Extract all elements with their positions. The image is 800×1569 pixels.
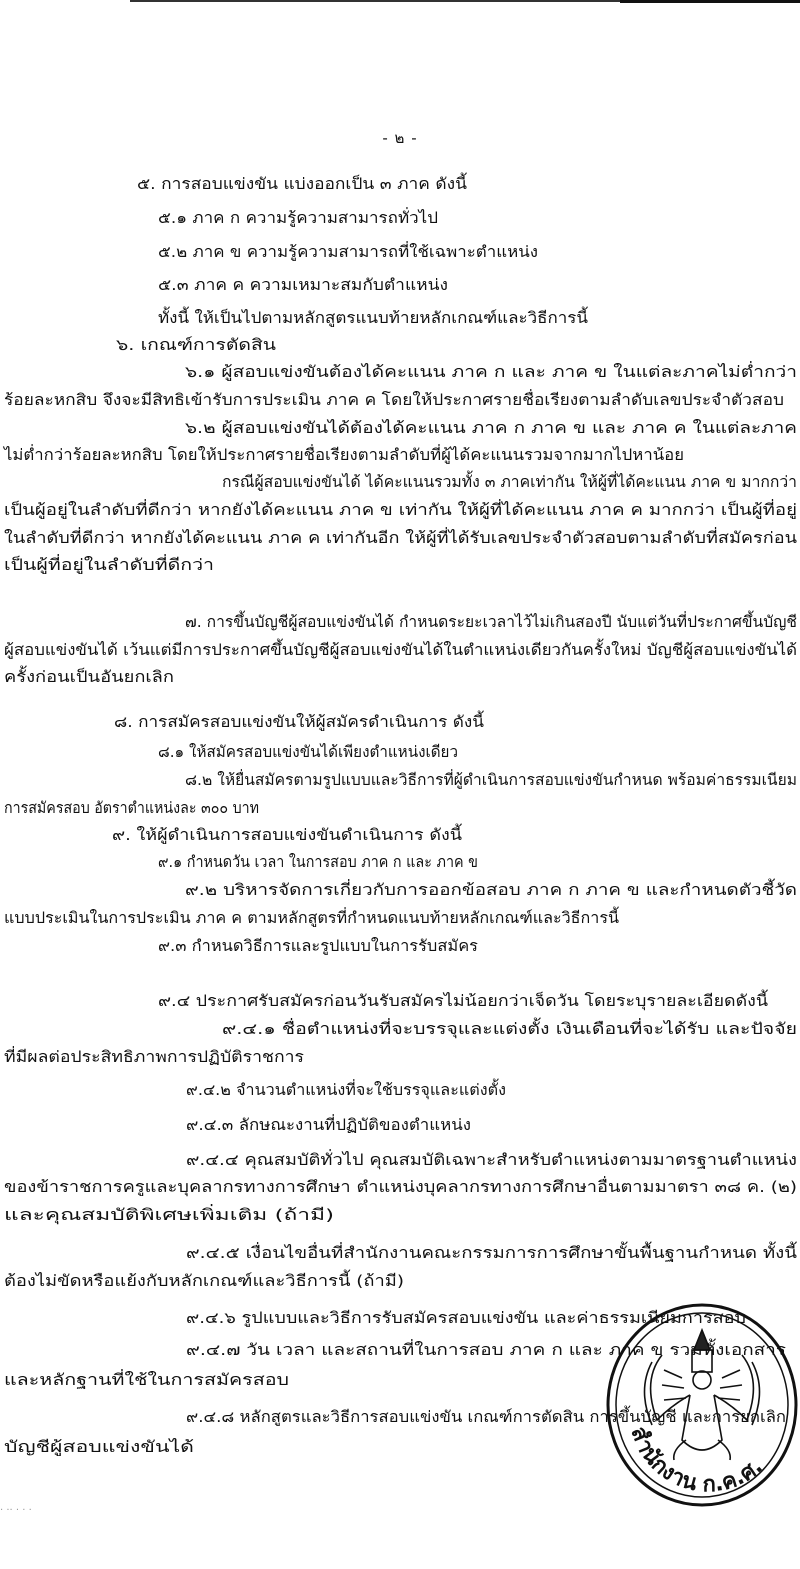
document-line: เป็นผู้อยู่ในลำดับที่ดีกว่า หากยังได้คะแ…	[4, 500, 797, 520]
document-line: แบบประเมินในการประเมิน ภาค ค ตามหลักสูตร…	[4, 908, 619, 928]
document-line: ร้อยละหกสิบ จึงจะมีสิทธิเข้ารับการประเมิ…	[4, 390, 784, 410]
document-line: ๙.๔.๕ เงื่อนไขอื่นที่สำนักงานคณะกรรมการก…	[186, 1243, 797, 1263]
document-line: ๙.๓ กำหนดวิธีการและรูปแบบในการรับสมัคร	[158, 936, 478, 956]
document-line: และหลักฐานที่ใช้ในการสมัครสอบ	[4, 1370, 289, 1390]
document-line: ๖.๑ ผู้สอบแข่งขันต้องได้คะแนน ภาค ก และ …	[185, 362, 797, 382]
document-line: ไม่ต่ำกว่าร้อยละหกสิบ โดยให้ประกาศรายชื่…	[4, 445, 684, 465]
top-border-line-thick	[620, 0, 800, 3]
document-line: ของข้าราชการครูและบุคลากรทางการศึกษา ตำแ…	[4, 1177, 797, 1197]
office-seal-stamp: สำนักงาน ก.ค.ศ.	[602, 1300, 800, 1510]
document-line: การสมัครสอบ อัตราตำแหน่งละ ๓๐๐ บาท	[4, 798, 259, 818]
document-line: ๘.๒ ให้ยื่นสมัครตามรูปแบบและวิธีการที่ผู…	[185, 770, 797, 790]
document-line: ๖.๒ ผู้สอบแข่งขันได้ต้องได้คะแนน ภาค ก ภ…	[185, 418, 797, 438]
document-line: ๗. การขึ้นบัญชีผู้สอบแข่งขันได้ กำหนดระย…	[185, 612, 797, 632]
document-line: ๙. ให้ผู้ดำเนินการสอบแข่งขันดำเนินการ ดั…	[112, 825, 462, 845]
document-line: ในลำดับที่ดีกว่า หากยังได้คะแนน ภาค ค เท…	[4, 528, 797, 548]
document-line: ที่มีผลต่อประสิทธิภาพการปฏิบัติราชการ	[4, 1047, 304, 1067]
document-line: ๘. การสมัครสอบแข่งขันให้ผู้สมัครดำเนินกา…	[114, 712, 484, 732]
document-line: ๙.๑ กำหนดวัน เวลา ในการสอบ ภาค ก และ ภาค…	[158, 852, 478, 872]
document-line: กรณีผู้สอบแข่งขันได้ ได้คะแนนรวมทั้ง ๓ ภ…	[222, 472, 797, 492]
document-line: ครั้งก่อนเป็นอันยกเลิก	[4, 667, 174, 687]
document-line: ต้องไม่ขัดหรือแย้งกับหลักเกณฑ์และวิธีการ…	[4, 1271, 404, 1291]
document-line: ๖. เกณฑ์การตัดสิน	[116, 335, 276, 355]
document-line: ผู้สอบแข่งขันได้ เว้นแต่มีการประกาศขึ้นบ…	[4, 640, 797, 660]
page-number: - ๒ -	[0, 126, 800, 150]
document-line: ๕.๑ ภาค ก ความรู้ความสามารถทั่วไป	[158, 208, 438, 228]
document-line: ๙.๔.๓ ลักษณะงานที่ปฏิบัติของตำแหน่ง	[186, 1115, 471, 1135]
document-line: ๕.๓ ภาค ค ความเหมาะสมกับตำแหน่ง	[158, 275, 448, 295]
document-line: ๘.๑ ให้สมัครสอบแข่งขันได้เพียงตำแหน่งเดี…	[158, 742, 458, 762]
document-line: และคุณสมบัติพิเศษเพิ่มเติม (ถ้ามี)	[4, 1205, 334, 1225]
document-line: ๙.๔.๔ คุณสมบัติทั่วไป คุณสมบัติเฉพาะสำหร…	[186, 1150, 797, 1170]
garuda-emblem-icon: สำนักงาน ก.ค.ศ.	[602, 1300, 800, 1510]
document-line: เป็นผู้ที่อยู่ในลำดับที่ดีกว่า	[4, 555, 214, 575]
document-line: ๕. การสอบแข่งขัน แบ่งออกเป็น ๓ ภาค ดังนี…	[137, 174, 467, 194]
document-line: บัญชีผู้สอบแข่งขันได้	[4, 1437, 194, 1457]
document-line: ๕.๒ ภาค ข ความรู้ความสามารถที่ใช้เฉพาะตำ…	[158, 242, 538, 262]
document-line: ๙.๔ ประกาศรับสมัครก่อนวันรับสมัครไม่น้อย…	[158, 991, 768, 1011]
document-line: ๙.๒ บริหารจัดการเกี่ยวกับการออกข้อสอบ ภา…	[185, 880, 797, 900]
scan-artifacts: · ·· · · ·	[0, 1505, 32, 1516]
document-line: ๙.๔.๒ จำนวนตำแหน่งที่จะใช้บรรจุและแต่งตั…	[186, 1080, 506, 1100]
document-line: ๙.๔.๑ ชื่อตำแหน่งที่จะบรรจุและแต่งตั้ง เ…	[222, 1019, 797, 1039]
document-line: ทั้งนี้ ให้เป็นไปตามหลักสูตรแนบท้ายหลักเ…	[158, 308, 588, 328]
